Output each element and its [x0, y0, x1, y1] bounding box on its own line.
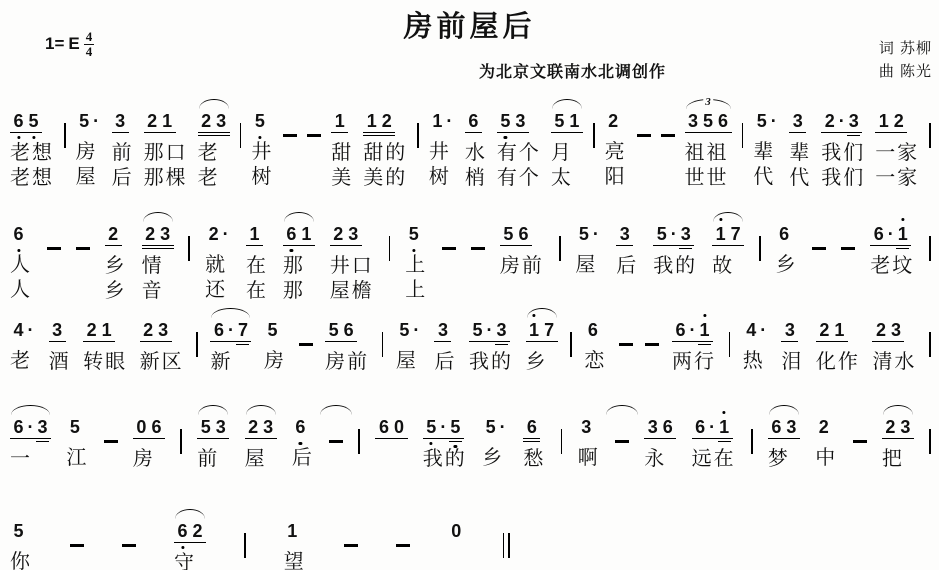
lyric-verse2: 还 [205, 278, 227, 302]
slur-zone [584, 306, 606, 319]
key-prefix: 1= [45, 34, 64, 54]
note-group: 61 [283, 223, 315, 246]
octave-dot-low [290, 249, 293, 252]
barline [751, 403, 753, 454]
note-group: 1· [429, 110, 455, 132]
note-group: 2 [605, 110, 622, 132]
second-beam [198, 135, 230, 137]
slur-zone [875, 97, 919, 110]
slur-zone [325, 306, 369, 319]
note-group: 21 [83, 319, 115, 342]
octave-dot-low [299, 442, 302, 445]
lyric-verse1: 恋 [584, 349, 606, 373]
lyric-verse2: 代 [789, 166, 811, 190]
note-digit: 3 [214, 110, 229, 132]
duration-dash [344, 544, 358, 547]
lyric-verse2: 一家 [875, 166, 919, 190]
note-token: 1望 [284, 507, 306, 570]
barline [729, 306, 731, 357]
octave-dot-low [504, 136, 507, 139]
dash-token [396, 507, 410, 547]
dash-token [619, 306, 633, 346]
slur-zone [363, 97, 407, 110]
lyric-verse1: 老想 [10, 141, 54, 165]
note-digit: 1 [299, 223, 314, 245]
note-digit: 1 [430, 110, 445, 132]
lyric-verse2 [776, 278, 784, 302]
slur-zone [299, 306, 313, 319]
note-group: 53 [497, 110, 529, 133]
lyric-verse1: 乡 [482, 446, 504, 470]
sixteenth-beam [896, 248, 909, 249]
note-token: 5·3我的 [653, 210, 697, 303]
note-token: 1·井树 [429, 97, 455, 189]
music-line: 6·3一5江06房53前23屋6后605·5我的5·乡6愁3啊36永6·1远在6… [10, 403, 931, 471]
note-token: 23屋 [245, 403, 277, 471]
note-digit: 6 [871, 223, 886, 245]
slur-arc [175, 509, 205, 519]
rest-digit: 0 [391, 416, 406, 438]
barline [240, 97, 242, 148]
lyric-verse1: 远在 [692, 447, 736, 471]
note-token: 62守 [174, 507, 206, 570]
slur-zone: 3 [685, 97, 732, 110]
second-beam [523, 441, 540, 443]
note-digit: 2 [143, 223, 158, 245]
note-digit: 6 [149, 416, 164, 438]
lyric-verse1: 那 [283, 254, 305, 278]
slur-zone [578, 403, 600, 416]
lyric-verse1: 辈 [753, 140, 775, 164]
note-digit: 3 [494, 319, 509, 341]
barline [382, 332, 384, 357]
dash-token [70, 507, 84, 547]
note-digit: 1 [99, 319, 114, 341]
dash-token [442, 210, 456, 250]
lyric-verse1: 后 [616, 254, 638, 278]
note-digit: 2 [190, 520, 205, 542]
note-digit: 7 [728, 223, 743, 245]
note-group: 5 [264, 319, 281, 341]
lyric-verse2 [712, 279, 720, 303]
duration-dash [396, 544, 410, 547]
lyric-verse1: 祖祖 [685, 141, 729, 165]
slur-zone [465, 97, 487, 110]
barline [180, 429, 182, 454]
lyric-verse2 [870, 279, 878, 303]
octave-dot-low [17, 136, 20, 139]
slur-arc [284, 212, 314, 222]
lyric-verse1: 就 [205, 253, 227, 277]
note-digit: 2 [141, 319, 156, 341]
note-group: 5 [251, 110, 268, 132]
lyric-verse2: 美的 [363, 166, 407, 190]
slur-zone [570, 306, 572, 319]
duration-dash [283, 134, 297, 137]
lyric-verse2: 阳 [605, 165, 627, 189]
note-token: 5房 [264, 306, 286, 373]
note-token: 6·1两行 [672, 306, 716, 374]
note-digit: 6 [11, 416, 26, 438]
note-group: 5·3 [469, 319, 510, 342]
slur-zone [76, 97, 102, 110]
music-line: 6人人2乡乡23情音2·就还1在在61那那23井口屋檐5上上56房前 5·屋 3… [10, 210, 931, 303]
slur-zone [712, 210, 744, 223]
note-digit: 5 [198, 416, 213, 438]
note-token: 23情音 [142, 210, 174, 303]
note-group: 2 [105, 223, 122, 246]
note-digit: 6 [284, 223, 299, 245]
final-barline [503, 507, 510, 558]
note-group: 5 [405, 223, 422, 245]
note-group: 06 [133, 416, 165, 439]
slur-zone [551, 97, 583, 110]
note-group: 62 [174, 520, 206, 543]
note-group: 3 [616, 223, 633, 246]
slur-zone [743, 306, 769, 319]
augmentation-dot: · [669, 223, 678, 245]
lyric-verse1: 水 [465, 141, 487, 165]
barline [196, 306, 198, 357]
lyric-verse1: 酒 [49, 350, 71, 374]
slur-zone [180, 403, 182, 416]
note-digit: 2 [883, 416, 898, 438]
note-token: 5你 [10, 507, 32, 570]
lyric-verse2: 老想 [10, 166, 54, 190]
barline [503, 533, 505, 558]
lyric-verse1: 井 [251, 140, 273, 164]
lyric-verse1: 新区 [140, 350, 184, 374]
note-group: 3 [434, 319, 451, 342]
sixteenth-beam [847, 135, 860, 136]
slur-zone [10, 210, 32, 223]
slur-zone [448, 507, 465, 520]
note-token: 5江 [66, 403, 88, 470]
note-token: 6愁 [523, 403, 545, 471]
note-group: 23 [330, 223, 362, 246]
key-note: E [68, 34, 79, 54]
augmentation-dot: · [485, 319, 494, 341]
note-digit: 1 [697, 319, 712, 341]
note-token: 6恋 [584, 306, 606, 373]
note-digit: 1 [876, 110, 891, 132]
note-group: 2 [815, 416, 832, 438]
lyric-verse1: 甜 [331, 141, 353, 165]
note-token: 3356祖祖世世 [685, 97, 732, 190]
note-group: 6 [292, 416, 309, 438]
slur-zone [753, 97, 779, 110]
slur-arc [143, 212, 173, 222]
barline [240, 123, 242, 148]
note-digit: 3 [782, 319, 797, 341]
note-group: 3 [781, 319, 798, 342]
note-token: 6人人 [10, 210, 32, 302]
note-digit: 6 [376, 416, 391, 438]
lyric-verse1: 上 [405, 253, 427, 277]
slur-zone [870, 210, 914, 223]
slur-zone [382, 306, 384, 319]
slur-zone [358, 403, 360, 416]
slur-zone [144, 97, 188, 110]
lyric-verse1: 老 [10, 349, 32, 373]
note-digit: 6 [693, 416, 708, 438]
note-group: 21 [144, 110, 176, 133]
note-token: 36永 [644, 403, 676, 471]
note-group: 2·3 [821, 110, 862, 133]
note-group: 17 [712, 223, 744, 246]
note-digit: 2 [822, 110, 837, 132]
note-token: 6·3一 [10, 403, 51, 471]
duration-dash [104, 440, 118, 443]
note-digit: 5 [470, 319, 485, 341]
note-token: 17乡 [526, 306, 558, 374]
lyric-verse1: 我的 [469, 350, 513, 374]
octave-dot-low [412, 249, 415, 252]
note-token: 2亮阳 [605, 97, 627, 189]
note-token: 23清水 [872, 306, 916, 374]
note-digit: 3 [790, 110, 805, 132]
slur-zone [776, 210, 798, 223]
slur-zone [523, 403, 545, 416]
slur-zone [559, 210, 561, 223]
slur-arc [713, 212, 743, 222]
slur-zone [210, 306, 251, 319]
note-token: 17故 [712, 210, 744, 303]
note-digit: 3 [686, 110, 701, 132]
note-group: 6·3 [10, 416, 51, 439]
lyric-verse1: 啊 [578, 446, 600, 470]
slur-zone [389, 210, 391, 223]
duration-dash [637, 134, 651, 137]
note-digit: 6 [11, 110, 26, 132]
lyric-verse1: 在 [246, 254, 268, 278]
slur-zone [188, 210, 190, 223]
duration-dash [122, 544, 136, 547]
slur-zone [816, 306, 860, 319]
lyric-verse2: 在 [246, 279, 268, 303]
barline [929, 403, 931, 454]
lyric-verse1: 人 [10, 253, 32, 277]
octave-dot-low [17, 249, 20, 252]
note-digit: 5 [326, 319, 341, 341]
note-token: 3酒 [49, 306, 71, 374]
duration-dash [471, 247, 485, 250]
note-digit: 5 [397, 319, 412, 341]
augmentation-dot: · [439, 416, 448, 438]
slur-zone [375, 403, 407, 416]
note-token: 5井树 [251, 97, 273, 189]
sixteenth-beam [698, 344, 711, 345]
lyric-verse1: 我的 [653, 254, 697, 278]
note-group: 51 [551, 110, 583, 133]
slur-zone [142, 210, 174, 223]
lyric-verse1: 一家 [875, 141, 919, 165]
note-digit: 6 [293, 416, 308, 438]
note-group: 6·1 [692, 416, 733, 439]
note-digit: 2 [246, 416, 261, 438]
duration-dash [442, 247, 456, 250]
note-digit: 5 [576, 223, 591, 245]
note-digit: 2 [816, 416, 831, 438]
lyric-verse2: 树 [251, 165, 273, 189]
note-digit: 3 [784, 416, 799, 438]
lyric-verse1: 老坟 [870, 254, 914, 278]
barline [180, 403, 182, 454]
duration-dash [47, 247, 61, 250]
lyric-verse2: 音 [142, 279, 164, 303]
note-token: 1甜美 [331, 97, 353, 190]
note-group: 3 [49, 319, 66, 342]
note-token: 6·1远在 [692, 403, 736, 471]
slur-zone [112, 97, 134, 110]
note-digit: 3 [435, 319, 450, 341]
note-token: 5·房屋 [76, 97, 102, 189]
slur-zone [575, 210, 601, 223]
note-token: 3后 [616, 210, 638, 303]
lyric-verse2: 老 [198, 166, 220, 190]
lyric-verse1: 你 [10, 550, 32, 570]
lyric-verse2: 梢 [465, 166, 487, 190]
note-token: 53前 [197, 403, 229, 471]
slur-arc [552, 99, 582, 109]
note-digit: 1 [160, 110, 175, 132]
slur-arc: 3 [686, 99, 731, 109]
slur-zone [645, 306, 659, 319]
dash-token [344, 507, 358, 547]
barline [244, 507, 246, 558]
lyric-verse2 [575, 278, 583, 302]
octave-dot-low [32, 136, 35, 139]
note-group: 6·1 [672, 319, 713, 342]
slur-zone [503, 507, 510, 520]
note-digit: 6 [211, 319, 226, 341]
slur-zone [10, 507, 32, 520]
note-digit: 3 [346, 223, 361, 245]
slur-zone [49, 306, 71, 319]
lyric-verse1: 乡 [776, 253, 798, 277]
barline [188, 236, 190, 261]
second-beam [142, 248, 174, 250]
note-group: 21 [816, 319, 848, 342]
note-digit: 1 [527, 319, 542, 341]
note-digit: 6 [585, 319, 600, 341]
lyric-verse1: 我们 [821, 141, 865, 165]
lyric-verse2: 树 [429, 165, 451, 189]
note-digit: 3 [50, 319, 65, 341]
final-barline [503, 533, 510, 558]
slur-zone [616, 210, 638, 223]
note-token: 2中 [815, 403, 837, 470]
note-digit: 3 [579, 416, 594, 438]
slur-zone [841, 210, 855, 223]
lyric-verse1: 甜的 [363, 141, 407, 165]
note-token: 5·5我的 [423, 403, 467, 471]
note-token: 51月太 [551, 97, 583, 190]
lyric-verse1: 屋 [396, 349, 418, 373]
lyric-verse1: 前 [197, 447, 219, 471]
lyric-verse1: 江 [66, 446, 88, 470]
slur-zone [197, 403, 229, 416]
lyric-verse2: 世世 [685, 166, 729, 190]
note-token: 6乡 [776, 210, 798, 302]
note-digit: 5 [754, 110, 769, 132]
note-group: 4· [10, 319, 36, 341]
note-group: 6 [584, 319, 601, 341]
lyric-verse1: 月 [551, 141, 573, 165]
lyric-verse1: 那口 [144, 141, 188, 165]
dash-token [47, 210, 61, 250]
note-token: 12甜的美的 [363, 97, 407, 190]
lyric-verse1: 转眼 [83, 350, 127, 374]
slur-zone [759, 210, 761, 223]
lyric-verse2: 乡 [105, 279, 127, 303]
slur-zone [104, 403, 118, 416]
note-digit: 3 [617, 223, 632, 245]
note-group: 6 [10, 223, 27, 245]
augmentation-dot: · [498, 416, 507, 438]
barline [759, 210, 761, 261]
slur-zone [821, 97, 865, 110]
duration-dash [299, 343, 313, 346]
duration-dash [645, 343, 659, 346]
lyric-verse2: 那 [283, 279, 305, 303]
note-group: 65 [10, 110, 42, 133]
note-token: 23新区 [140, 306, 184, 374]
augmentation-dot: · [92, 110, 101, 132]
barline [358, 429, 360, 454]
note-digit: 2 [206, 223, 221, 245]
slur-zone [331, 97, 353, 110]
music-line: 5你62守1望0 [10, 507, 931, 570]
note-digit: 5 [406, 223, 421, 245]
barline [593, 97, 595, 148]
note-digit: 2 [891, 110, 906, 132]
octave-dot-low [181, 546, 184, 549]
slur-zone [10, 97, 54, 110]
barline [593, 123, 595, 148]
lyric-verse1: 梦 [768, 447, 790, 471]
note-token: 56房前 [500, 210, 544, 303]
slur-zone [872, 306, 916, 319]
note-group: 23 [872, 319, 904, 342]
lyric-verse2: 后 [112, 166, 134, 190]
dash-token [299, 306, 313, 346]
barline [759, 236, 761, 261]
time-signature: 4 4 [84, 30, 95, 58]
note-token: 53有个有个 [497, 97, 541, 190]
note-group: 63 [768, 416, 800, 439]
slur-zone [329, 403, 343, 416]
dash-token [637, 97, 651, 137]
dash-token [104, 403, 118, 443]
dedication-subtitle: 为北京文联南水北调创作 [479, 59, 666, 82]
note-token: 5·屋 [575, 210, 601, 302]
barline [64, 123, 66, 148]
slur-arc [198, 405, 228, 415]
music-line: 65老想老想5·房屋3前后21那口那棵23老老5井树1甜美12甜的美的1·井树6… [10, 97, 931, 190]
note-digit: 6 [524, 416, 539, 438]
barline [382, 306, 384, 357]
slur-zone [429, 97, 455, 110]
note-digit: 1 [713, 223, 728, 245]
slur-zone [122, 507, 136, 520]
lyricist-credit: 词 苏柳 [879, 37, 932, 60]
note-token: 1在在 [246, 210, 268, 303]
slur-zone [344, 507, 358, 520]
slur-zone [853, 403, 867, 416]
page-title: 房前屋后 [0, 4, 939, 45]
key-signature: 1=E 4 4 [45, 30, 94, 58]
